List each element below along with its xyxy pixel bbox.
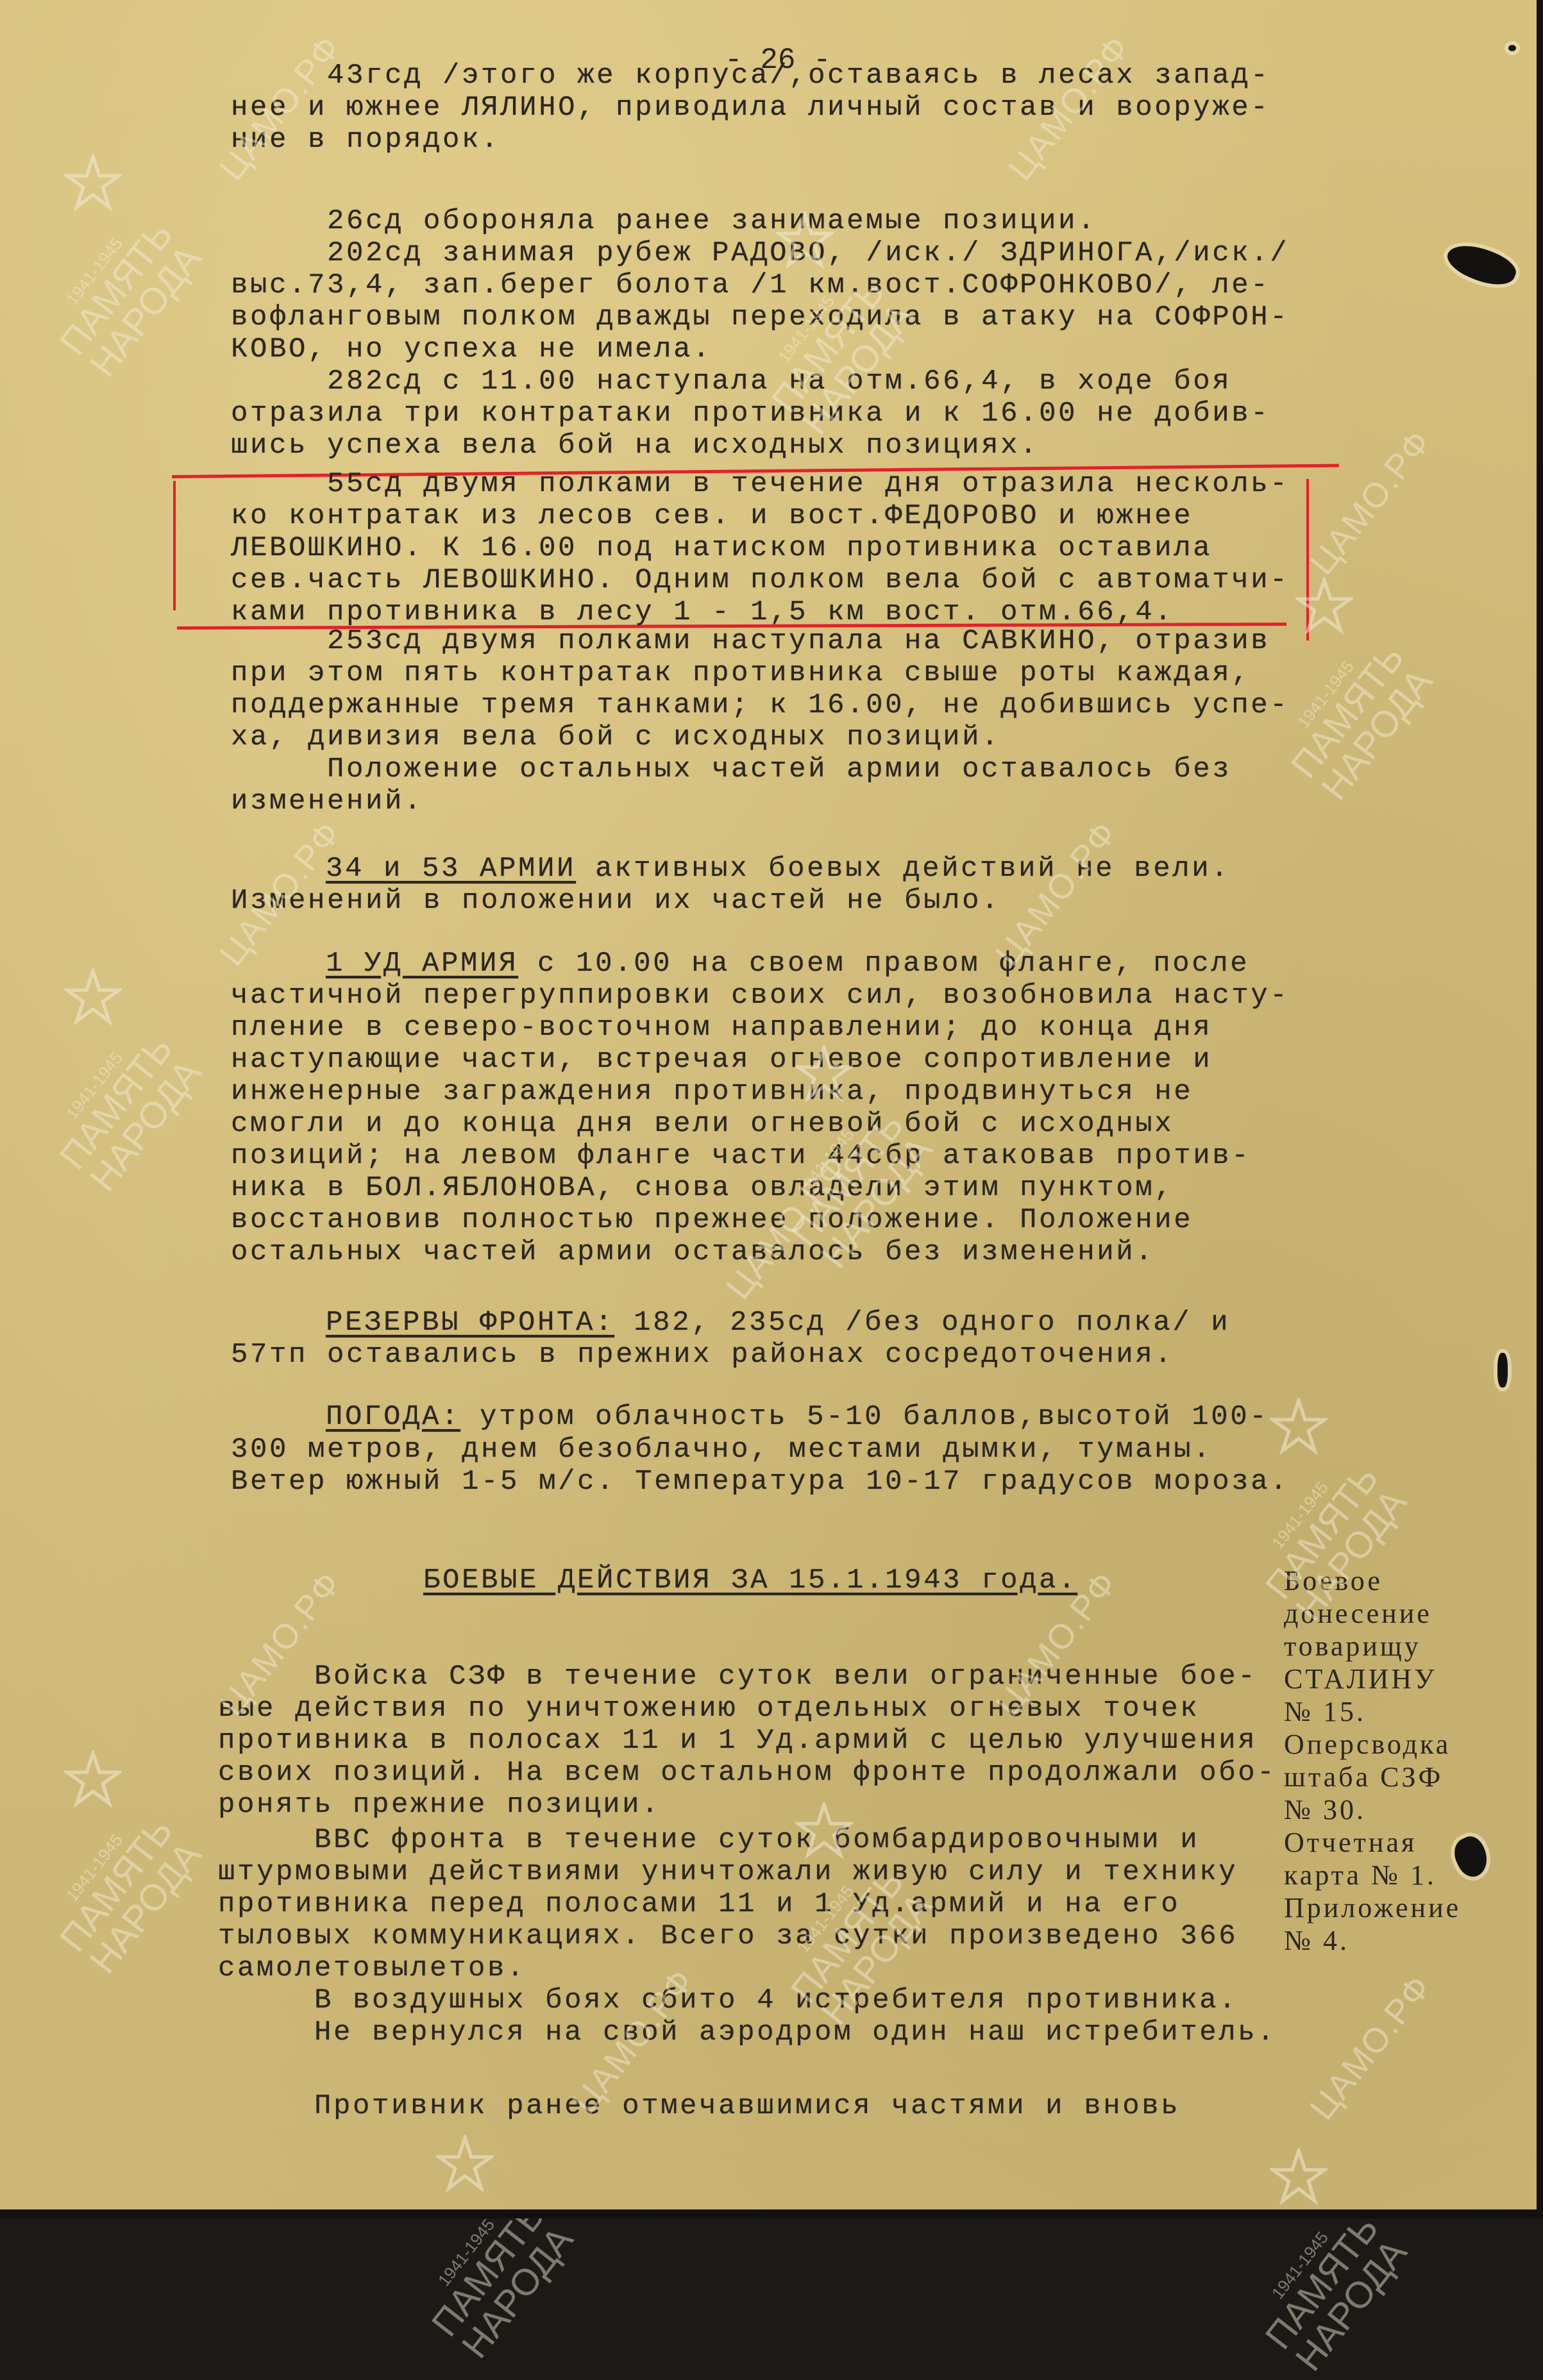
army-1ud-line: позиций; на левом фланге части 44сбр ата… (231, 1140, 1251, 1172)
paragraph-line: 202сд занимая рубеж РАДОВО, /иск./ ЗДРИН… (231, 237, 1289, 269)
section-paragraph-line: В воздушных боях сбито 4 истребителя про… (218, 1984, 1238, 2016)
section-paragraph-line: противника в полосах 11 и 1 Уд.армий с ц… (218, 1725, 1257, 1757)
reserves-line: РЕЗЕРВЫ ФРОНТА: 182, 235сд /без одного п… (326, 1307, 1230, 1339)
scan-edge-bottom (0, 2209, 1543, 2218)
scan-edge-right (1537, 0, 1543, 2218)
weather-line: ПОГОДА: утром облачность 5-10 баллов,выс… (326, 1401, 1269, 1433)
highlighted-paragraph-line: ко контратак из лесов сев. и вост.ФЕДОРО… (231, 500, 1193, 532)
paragraph-line: поддержанные тремя танками; к 16.00, не … (231, 689, 1289, 721)
section-paragraph-line: противника перед полосами 11 и 1 Уд.арми… (218, 1888, 1180, 1920)
highlighted-paragraph-line: ками противника в лесу 1 - 1,5 км вост. … (231, 596, 1174, 628)
section-paragraph-line: штурмовыми действиями уничтожали живую с… (218, 1856, 1238, 1888)
army-1ud-line: частичной перегруппировки своих сил, воз… (231, 980, 1289, 1012)
annotation-line-left (173, 481, 176, 610)
section-paragraph-line: Противник ранее отмечавшимися частями и … (218, 2090, 1180, 2122)
highlighted-paragraph-line: сев.часть ЛЕВОШКИНО. Одним полком вела б… (231, 564, 1289, 596)
section-title-text: БОЕВЫЕ ДЕЙСТВИЯ ЗА 15.1.1943 года. (423, 1564, 1077, 1596)
paragraph-line: при этом пять контратак противника свыше… (231, 657, 1251, 689)
paragraph-line: КОВО, но успеха не имела. (231, 333, 712, 365)
section-paragraph-line: самолетовылетов. (218, 1952, 526, 1984)
star-icon (1270, 1398, 1328, 1455)
paragraph-line: ха, дивизия вела бой с исходных позиций. (231, 721, 1000, 753)
army-34-53-line-heading: 34 и 53 АРМИИ (326, 853, 576, 885)
paragraph-line: изменений. (231, 785, 423, 817)
army-1ud-line: восстановив полностью прежнее положение.… (231, 1204, 1193, 1236)
reserves-line: 57тп оставались в прежних районах сосред… (231, 1339, 1174, 1371)
army-1ud-line: инженерные заграждения противника, продв… (231, 1076, 1193, 1108)
star-icon (64, 1750, 122, 1808)
army-1ud-line: наступающие части, встречая огневое сопр… (231, 1044, 1212, 1076)
star-icon (436, 2135, 494, 2193)
star-icon (795, 1045, 853, 1103)
army-34-53-line: Изменений в положении их частей не было. (231, 885, 1000, 917)
section-paragraph-line: Войска СЗФ в течение суток вели ограниче… (218, 1661, 1257, 1693)
army-1ud-line: 1 УД АРМИЯ с 10.00 на своем правом фланг… (326, 948, 1249, 980)
paragraph-line: вофланговым полком дважды переходила в а… (231, 301, 1289, 333)
section-paragraph-line: тыловых коммуникациях. Всего за сутки пр… (218, 1920, 1238, 1952)
army-1ud-line: ника в БОЛ.ЯБЛОНОВА, снова овладели этим… (231, 1172, 1174, 1204)
army-1ud-line: остальных частей армии оставалось без из… (231, 1236, 1154, 1268)
star-icon (795, 1802, 853, 1859)
section-paragraph-line: ВВС фронта в течение суток бомбардировоч… (218, 1824, 1199, 1856)
reserves-line-heading: РЕЗЕРВЫ ФРОНТА: (326, 1307, 614, 1339)
margin-note: Боевое донесение товарищу СТАЛИНУ № 15. … (1284, 1564, 1461, 1957)
weather-line-heading: ПОГОДА: (326, 1401, 460, 1433)
document-page: - 26 - Боевое донесение товарищу СТАЛИНУ… (0, 0, 1537, 2209)
star-icon (1295, 577, 1353, 635)
section-title: БОЕВЫЕ ДЕЙСТВИЯ ЗА 15.1.1943 года. (423, 1564, 1077, 1596)
paragraph-line: 282сд с 11.00 наступала на отм.66,4, в х… (231, 365, 1231, 398)
star-icon (776, 212, 834, 269)
star-icon (64, 968, 122, 1026)
star-icon (64, 154, 122, 212)
paragraph-line: выс.73,4, зап.берег болота /1 км.вост.СО… (231, 269, 1270, 301)
highlighted-paragraph-line: ЛЕВОШКИНО. К 16.00 под натиском противни… (231, 532, 1212, 564)
paragraph-line: шись успеха вела бой на исходных позиция… (231, 430, 1039, 462)
section-paragraph-line: ронять прежние позиции. (218, 1789, 661, 1821)
section-paragraph-line: Не вернулся на свой аэродром один наш ис… (218, 2016, 1276, 2049)
paper-hole (1508, 45, 1516, 51)
star-icon (1270, 2148, 1328, 2206)
paragraph-line: 253сд двумя полками наступала на САВКИНО… (231, 625, 1270, 657)
army-1ud-line-heading: 1 УД АРМИЯ (326, 948, 518, 980)
paragraph-line: 26сд обороняла ранее занимаемые позиции. (231, 205, 1097, 237)
paper-hole (1443, 237, 1521, 293)
highlighted-paragraph-line: 55сд двумя полками в течение дня отразил… (231, 468, 1289, 500)
section-paragraph-line: своих позиций. На всем остальном фронте … (218, 1757, 1276, 1789)
weather-line: 300 метров, днем безоблачно, местами дым… (231, 1434, 1212, 1466)
paper-hole (1497, 1353, 1508, 1387)
army-1ud-line: смогли и до конца дня вели огневой бой с… (231, 1108, 1174, 1140)
paragraph-line: нее и южнее ЛЯЛИНО, приводила личный сос… (231, 92, 1270, 124)
army-1ud-line: пление в северо-восточном направлении; д… (231, 1012, 1212, 1044)
paragraph-line: отразила три контратаки противника и к 1… (231, 398, 1270, 430)
paragraph-line: Положение остальных частей армии оставал… (231, 753, 1231, 785)
weather-line: Ветер южный 1-5 м/с. Температура 10-17 г… (231, 1466, 1289, 1498)
section-paragraph-line: вые действия по уничтожению отдельных ог… (218, 1693, 1199, 1725)
